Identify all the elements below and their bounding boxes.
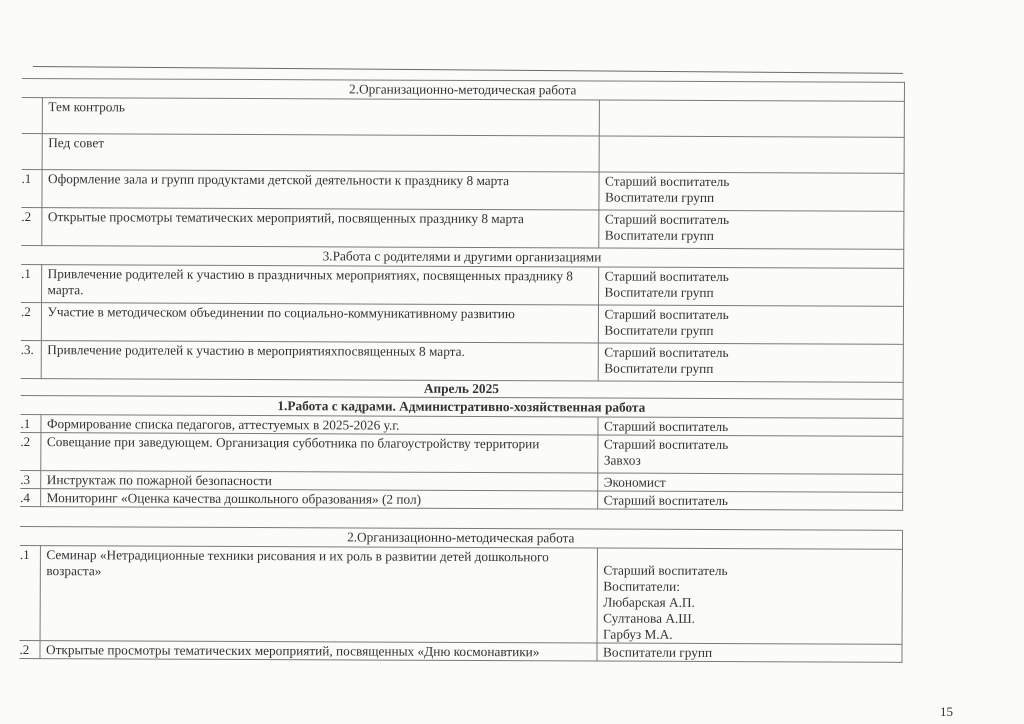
task-cell: Семинар «Нетрадиционные техники рисовани… [40,546,597,643]
responsible-person: Старший воспитатель [604,437,896,454]
annual-plan-table: 2.Организационно-методическая работаТем … [19,78,904,663]
responsible-cell: Экономист [597,473,902,492]
row-number: .3. [21,340,41,378]
task-cell: Инструктаж по пожарной безопасности [40,471,597,491]
responsible-cell [599,136,904,173]
responsible-person: Гарбуз М.А. [603,627,895,644]
task-cell: Оформление зала и групп продуктами детск… [41,170,598,210]
responsible-person: Воспитатели групп [604,361,896,378]
row-number: .1 [21,169,41,207]
plan-table-container: 2.Организационно-методическая работаТем … [19,78,904,663]
responsible-person: Старший воспитатель [605,174,897,191]
task-cell: Тем контроль [42,98,599,136]
responsible-person: Завхоз [604,453,896,470]
responsible-cell: Старший воспитатель [597,491,902,510]
responsible-person: Воспитатели групп [605,285,897,302]
responsible-cell: Старший воспитательВоспитатели групп [598,267,903,306]
plan-row: .2Открытые просмотры тематических меропр… [19,640,901,662]
responsible-cell: Старший воспитательВоспитатели:Любарская… [597,548,902,644]
plan-row: Тем контроль [22,97,904,137]
responsible-person: Старший воспитатель [604,493,896,510]
responsible-person: Старший воспитатель [604,419,896,436]
plan-row: .1Оформление зала и групп продуктами дет… [21,169,903,211]
top-rule [33,66,903,74]
responsible-cell: Старший воспитатель [597,417,902,436]
task-cell: Участие в методическом объединении по со… [41,303,598,343]
responsible-cell: Старший воспитательЗавхоз [597,435,902,474]
plan-row: .1Семинар «Нетрадиционные техники рисова… [20,545,902,644]
responsible-person: Воспитатели групп [604,323,896,340]
row-number: .2 [21,302,41,340]
task-cell: Формирование списка педагогов, аттестуем… [40,415,597,435]
row-number: .4 [20,488,40,506]
responsible-person: Воспитатели групп [605,190,897,207]
row-number: .3 [20,470,40,488]
responsible-person: Любарская А.П. [603,595,895,612]
responsible-cell: Старший воспитательВоспитатели групп [598,305,903,344]
responsible-cell: Старший воспитательВоспитатели групп [598,343,903,382]
scanned-document-page: 2.Организационно-методическая работаТем … [0,0,1024,724]
task-cell: Открытые просмотры тематических мероприя… [41,208,598,248]
task-cell: Привлечение родителей к участию в праздн… [41,265,598,305]
plan-row: .2Участие в методическом объединении по … [21,302,903,344]
row-number: .1 [21,264,41,302]
responsible-cell: Старший воспитательВоспитатели групп [598,210,903,249]
task-cell: Мониторинг «Оценка качества дошкольного … [40,489,597,509]
responsible-person: Воспитатели групп [603,645,895,662]
task-cell: Открытые просмотры тематических мероприя… [39,641,596,661]
plan-row: .2Открытые просмотры тематических меропр… [21,207,903,249]
responsible-person: Старший воспитатель [604,345,896,362]
responsible-person: Воспитатели: [603,579,895,596]
plan-row: .3.Привлечение родителей к участию в мер… [21,340,903,382]
responsible-cell [599,100,904,137]
responsible-person: Старший воспитатель [603,563,895,580]
page-number: 15 [940,704,953,720]
responsible-person: Старший воспитатель [604,307,896,324]
task-cell: Привлечение родителей к участию в меропр… [41,341,598,381]
responsible-person: Старший воспитатель [605,212,897,229]
plan-row: .2Совещание при заведующем. Организация … [20,432,902,474]
responsible-person: Воспитатели групп [605,228,897,245]
row-number [22,97,42,133]
plan-row: .1Привлечение родителей к участию в праз… [21,264,903,306]
row-number: .1 [20,545,40,640]
row-number: .2 [20,432,40,470]
row-number [22,133,42,169]
responsible-cell: Старший воспитательВоспитатели групп [598,172,903,211]
task-cell: Пед совет [42,134,599,172]
responsible-cell: Воспитатели групп [596,643,901,662]
responsible-person: Старший воспитатель [605,269,897,286]
responsible-person: Султанова А.Ш. [603,611,895,628]
plan-row: Пед совет [22,133,904,173]
row-number: .2 [21,207,41,245]
row-number: .1 [20,414,40,432]
row-number: .2 [19,640,39,658]
responsible-person: Экономист [604,475,896,492]
task-cell: Совещание при заведующем. Организация су… [40,433,597,473]
